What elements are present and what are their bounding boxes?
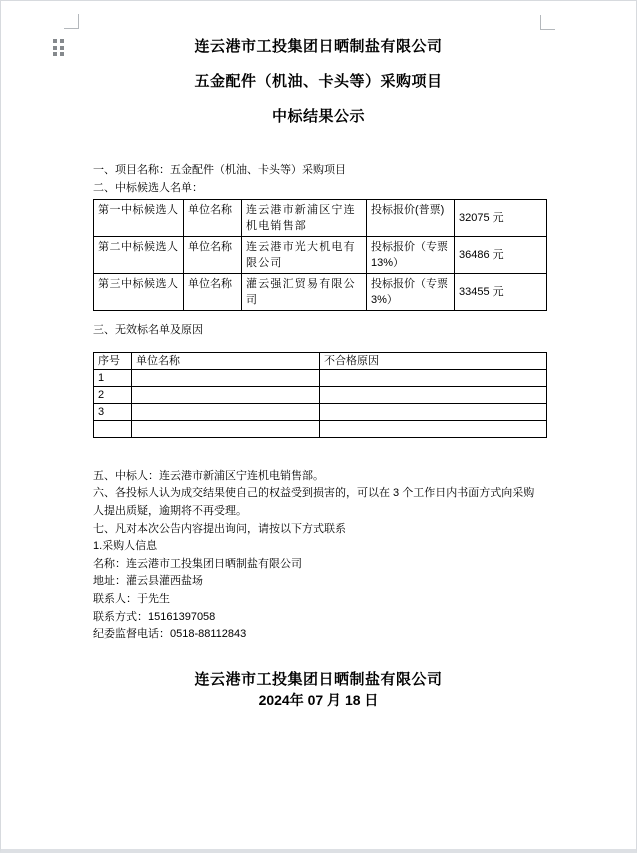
doc-title-company: 连云港市工投集团日晒制盐有限公司 bbox=[93, 37, 544, 56]
unit-name-label: 单位名称 bbox=[184, 237, 242, 274]
drag-dot bbox=[60, 52, 64, 56]
bid-price-label: 投标报价（专票13%） bbox=[367, 237, 455, 274]
invalid-row-no: 3 bbox=[94, 403, 132, 420]
col-header-reason: 不合格原因 bbox=[320, 352, 547, 369]
drag-dot bbox=[60, 46, 64, 50]
purchaser-name: 名称：连云港市工投集团日晒制盐有限公司 bbox=[93, 556, 544, 574]
signature-date: 2024年 07 月 18 日 bbox=[93, 690, 544, 710]
table-header-row: 序号 单位名称 不合格原因 bbox=[94, 352, 547, 369]
bid-price-value: 33455 元 bbox=[455, 274, 547, 311]
drag-handle-icon[interactable] bbox=[53, 39, 64, 56]
col-header-no: 序号 bbox=[94, 352, 132, 369]
candidates-table: 第一中标候选人 单位名称 连云港市新浦区宁连机电销售部 投标报价(普票) 320… bbox=[93, 199, 547, 311]
section-2-candidate-list-heading: 二、中标候选人名单： bbox=[93, 180, 544, 198]
drag-dot bbox=[53, 52, 57, 56]
candidate-rank: 第二中标候选人 bbox=[94, 237, 184, 274]
unit-name-label: 单位名称 bbox=[184, 274, 242, 311]
candidate-company: 连云港市光大机电有限公司 bbox=[242, 237, 367, 274]
drag-dot bbox=[60, 39, 64, 43]
document-content: 连云港市工投集团日晒制盐有限公司 五金配件（机油、卡头等）采购项目 中标结果公示… bbox=[1, 1, 636, 710]
doc-title-announcement: 中标结果公示 bbox=[93, 107, 544, 126]
section-6-objection-notice: 六、各投标人认为成交结果使自己的权益受到损害的，可以在 3 个工作日内书面方式向… bbox=[93, 485, 544, 520]
invalid-row-company bbox=[132, 403, 320, 420]
unit-name-label: 单位名称 bbox=[184, 200, 242, 237]
invalid-row-reason bbox=[320, 403, 547, 420]
purchaser-contact-person: 联系人：于先生 bbox=[93, 591, 544, 609]
table-row: 第二中标候选人 单位名称 连云港市光大机电有限公司 投标报价（专票13%） 36… bbox=[94, 237, 547, 274]
invalid-bids-table: 序号 单位名称 不合格原因 1 2 3 bbox=[93, 352, 547, 438]
signature-block: 连云港市工投集团日晒制盐有限公司 2024年 07 月 18 日 bbox=[93, 670, 544, 710]
invalid-row-no bbox=[94, 420, 132, 437]
invalid-row-no: 2 bbox=[94, 386, 132, 403]
invalid-row-no: 1 bbox=[94, 369, 132, 386]
table-row: 3 bbox=[94, 403, 547, 420]
candidate-rank: 第一中标候选人 bbox=[94, 200, 184, 237]
margin-corner-mark-top-right-icon bbox=[540, 15, 555, 30]
candidate-company: 灌云强汇贸易有限公司 bbox=[242, 274, 367, 311]
margin-corner-mark-top-left-icon bbox=[64, 14, 79, 29]
document-page: 连云港市工投集团日晒制盐有限公司 五金配件（机油、卡头等）采购项目 中标结果公示… bbox=[0, 0, 637, 853]
section-5-winner: 五、中标人：连云港市新浦区宁连机电销售部。 bbox=[93, 468, 544, 486]
invalid-row-reason bbox=[320, 369, 547, 386]
bid-price-label: 投标报价（专票3%） bbox=[367, 274, 455, 311]
section-7-contact-heading: 七、凡对本次公告内容提出询问，请按以下方式联系 bbox=[93, 521, 544, 539]
section-1-project-name: 一、项目名称：五金配件（机油、卡头等）采购项目 bbox=[93, 162, 544, 180]
purchaser-supervision-phone: 纪委监督电话：0518-88112843 bbox=[93, 626, 544, 644]
invalid-row-reason bbox=[320, 386, 547, 403]
section-3-invalid-bids-heading: 三、无效标名单及原因 bbox=[93, 322, 544, 340]
drag-dot bbox=[53, 46, 57, 50]
purchaser-info-heading: 1.采购人信息 bbox=[93, 538, 544, 556]
candidate-company: 连云港市新浦区宁连机电销售部 bbox=[242, 200, 367, 237]
invalid-row-company bbox=[132, 386, 320, 403]
bid-price-value: 36486 元 bbox=[455, 237, 547, 274]
bid-price-label: 投标报价(普票) bbox=[367, 200, 455, 237]
purchaser-phone: 联系方式：15161397058 bbox=[93, 609, 544, 627]
invalid-row-company bbox=[132, 420, 320, 437]
table-row: 2 bbox=[94, 386, 547, 403]
table-row bbox=[94, 420, 547, 437]
doc-title-project: 五金配件（机油、卡头等）采购项目 bbox=[93, 72, 544, 91]
candidate-rank: 第三中标候选人 bbox=[94, 274, 184, 311]
drag-dot bbox=[53, 39, 57, 43]
signature-company: 连云港市工投集团日晒制盐有限公司 bbox=[93, 670, 544, 690]
purchaser-address: 地址：灌云县灌西盐场 bbox=[93, 573, 544, 591]
col-header-company: 单位名称 bbox=[132, 352, 320, 369]
bid-price-value: 32075 元 bbox=[455, 200, 547, 237]
table-row: 1 bbox=[94, 369, 547, 386]
invalid-row-company bbox=[132, 369, 320, 386]
table-row: 第一中标候选人 单位名称 连云港市新浦区宁连机电销售部 投标报价(普票) 320… bbox=[94, 200, 547, 237]
table-row: 第三中标候选人 单位名称 灌云强汇贸易有限公司 投标报价（专票3%） 33455… bbox=[94, 274, 547, 311]
invalid-row-reason bbox=[320, 420, 547, 437]
